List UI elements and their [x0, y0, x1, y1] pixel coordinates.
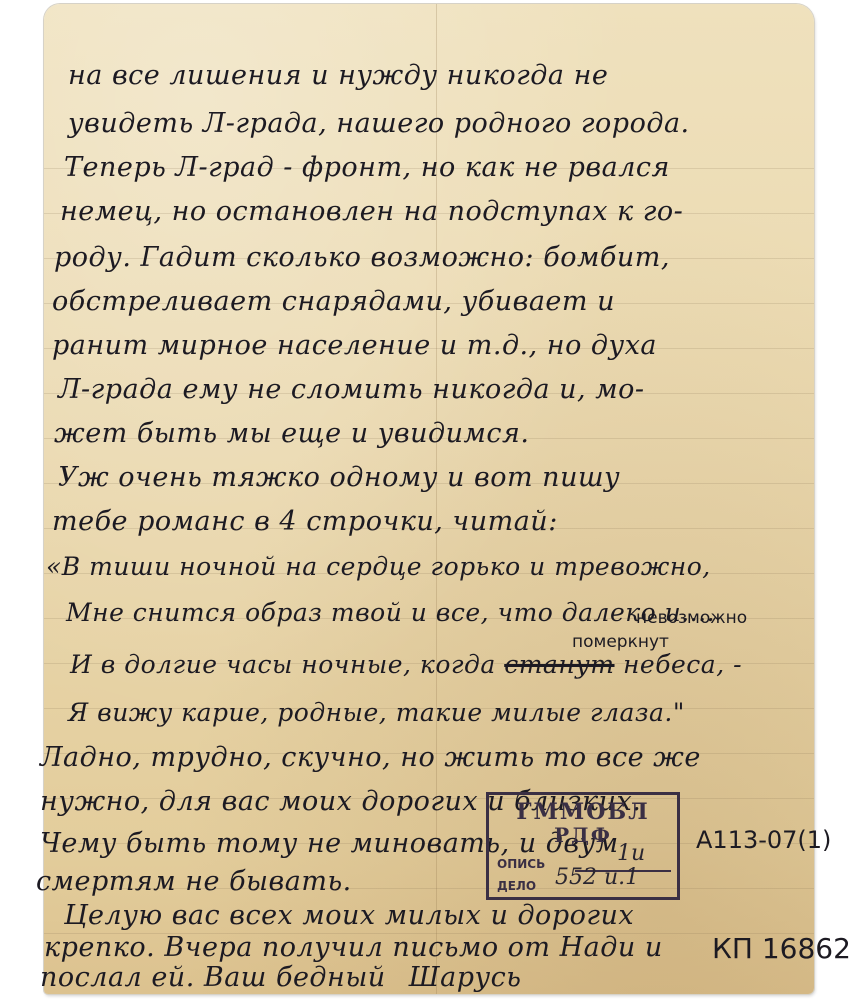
- poem-line-3-start: И в долгие часы ночные, когда: [70, 650, 496, 679]
- letter-line-4: немец, но остановлен на подступах к го-: [60, 196, 683, 227]
- stamp-delo-label: ДЕЛО: [497, 879, 536, 893]
- archive-stamp: ГММОБЛ РДФ ОПИСЬ 1и ДЕЛО 552 и.1: [486, 792, 680, 900]
- letter-line-8: Л-града ему не сломить никогда и, мо-: [58, 374, 644, 405]
- letter-line-11: тебе романс в 4 строчки, читай:: [52, 506, 558, 537]
- stamp-org: ГММОБЛ: [489, 801, 677, 823]
- poem-line-3: И в долгие часы ночные, когда станут неб…: [70, 650, 742, 679]
- letter-line-7: ранит мирное население и т.д., но духа: [52, 330, 657, 361]
- letter-line-22: крепко. Вчера получил письмо от Нади и: [44, 932, 663, 963]
- letter-line-9: жет быть мы еще и увидимся.: [54, 418, 529, 449]
- poem-line-2: Мне снится образ твой и все, что далеко …: [66, 598, 715, 627]
- letter-line-21: Целую вас всех моих милых и дорогих: [64, 900, 634, 931]
- inserted-word-nevozmozhno: невозможно: [636, 608, 747, 628]
- letter-line-6: обстреливает снарядами, убивает и: [52, 286, 615, 317]
- inserted-word-pomerknut: померкнут: [572, 632, 669, 652]
- inventory-number: КП 16862: [712, 932, 851, 965]
- poem-line-4: Я вижу карие, родные, такие милые глаза.…: [68, 698, 685, 727]
- letter-line-23: послал ей. Ваш бедный Шарусь: [40, 962, 521, 993]
- letter-line-20: смертям не бывать.: [36, 866, 352, 897]
- letter-line-2: увидеть Л-града, нашего родного города.: [68, 108, 690, 139]
- poem-line-1: «В тиши ночной на сердце горько и тревож…: [46, 552, 711, 581]
- letter-line-17: Ладно, трудно, скучно, но жить то все же: [40, 742, 701, 773]
- struck-word: станут: [504, 650, 614, 679]
- closing-text: послал ей. Ваш бедный: [40, 962, 386, 993]
- poem-line-3-end: небеса, -: [623, 650, 742, 679]
- stamp-opis-label: ОПИСЬ: [497, 857, 545, 871]
- letter-line-3: Теперь Л-град - фронт, но как не рвался: [64, 152, 670, 183]
- letter-line-10: Уж очень тяжко одному и вот пишу: [58, 462, 620, 493]
- letter-line-1: на все лишения и нужду никогда не: [68, 60, 608, 91]
- signature: Шарусь: [409, 962, 522, 993]
- letter-line-5: роду. Гадит сколько возможно: бомбит,: [54, 242, 670, 273]
- stamp-opis-value: 1и: [617, 841, 645, 866]
- stamp-sub: РДФ: [489, 823, 677, 847]
- archive-reference: А113-07(1): [696, 826, 831, 854]
- stamp-delo-value: 552 и.1: [555, 865, 639, 890]
